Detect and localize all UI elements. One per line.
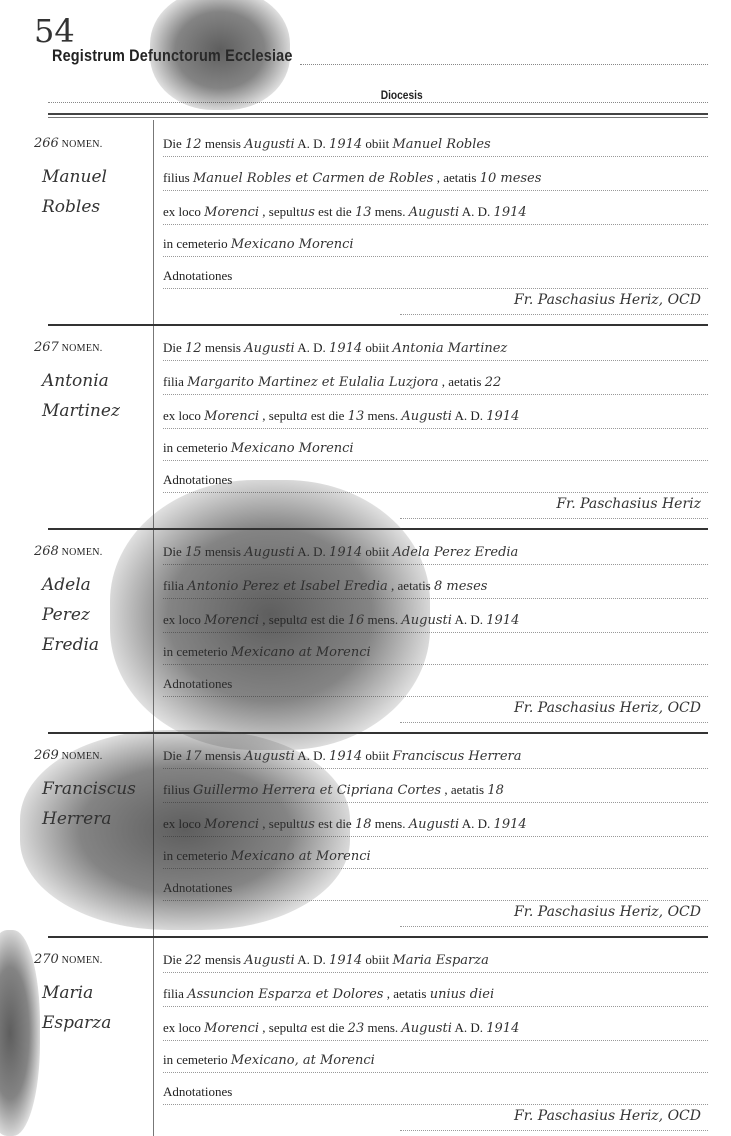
- burial-month: Augusti: [401, 1021, 452, 1036]
- page-number: 54: [34, 12, 75, 50]
- burial-line: ex loco Morenci , sepultus est die 18 me…: [163, 816, 708, 837]
- place: Morenci: [204, 817, 259, 832]
- ad-label: A. D.: [454, 1020, 483, 1035]
- death-year: 1914: [329, 749, 362, 764]
- nomen-label: NOMEN.: [62, 955, 103, 966]
- death-year: 1914: [329, 953, 362, 968]
- sepult-label: , sepult: [262, 408, 300, 423]
- margin-name-last: Perez Eredia: [42, 600, 152, 660]
- mensis-label: mensis: [205, 136, 241, 151]
- parents-line: filia Antonio Perez et Isabel Eredia , a…: [163, 578, 708, 599]
- burial-day: 13: [348, 409, 365, 424]
- obiit-label: obiit: [365, 748, 389, 763]
- margin-name: Adela Perez Eredia: [42, 570, 152, 660]
- entry-number-value: 268: [34, 544, 59, 559]
- sepult-suffix: a: [300, 1021, 308, 1036]
- register-entry: 267 NOMEN. Antonia Martinez Die 12 mensi…: [0, 326, 731, 530]
- sepult-suffix: us: [300, 205, 315, 220]
- mens-label: mens.: [375, 816, 406, 831]
- aetatis-label: , aetatis: [387, 986, 427, 1001]
- death-month: Augusti: [244, 749, 295, 764]
- sepult-suffix: a: [300, 409, 308, 424]
- entry-number: 266 NOMEN.: [34, 136, 103, 151]
- place: Morenci: [204, 205, 259, 220]
- est-die-label: est die: [318, 816, 352, 831]
- ad-label: A. D.: [462, 816, 491, 831]
- register-title: Registrum Defunctorum Ecclesiae: [52, 46, 293, 66]
- adnotationes-label: Adnotationes: [163, 676, 232, 691]
- margin-name-first: Adela: [42, 570, 152, 600]
- die-label: Die: [163, 544, 182, 559]
- mens-label: mens.: [367, 408, 398, 423]
- header-rule-thin: [48, 117, 708, 118]
- burial-month: Augusti: [409, 817, 460, 832]
- adnotationes-label: Adnotationes: [163, 1084, 232, 1099]
- parents-line: filia Assuncion Esparza et Dolores , aet…: [163, 986, 708, 1007]
- death-line: Die 15 mensis Augusti A. D. 1914 obiit A…: [163, 544, 708, 565]
- place: Morenci: [204, 1021, 259, 1036]
- deceased-name: Adela Perez Eredia: [392, 545, 518, 560]
- margin-name-first: Maria: [42, 978, 152, 1008]
- obiit-label: obiit: [365, 340, 389, 355]
- mensis-label: mensis: [205, 340, 241, 355]
- priest-signature: Fr. Paschasius Heriz, OCD: [514, 700, 701, 716]
- ex-loco-label: ex loco: [163, 408, 201, 423]
- annotations-line: Adnotationes: [163, 1084, 708, 1105]
- cemetery-label: in cemeterio: [163, 236, 228, 251]
- signature-rule: [400, 314, 708, 315]
- signature-rule: [400, 722, 708, 723]
- filius-label: filius: [163, 782, 190, 797]
- death-day: 22: [185, 953, 202, 968]
- entry-number-value: 270: [34, 952, 59, 967]
- aetatis-label: , aetatis: [437, 170, 477, 185]
- parents: Assuncion Esparza et Dolores: [187, 987, 383, 1002]
- entry-number: 270 NOMEN.: [34, 952, 103, 967]
- burial-year: 1914: [494, 817, 527, 832]
- filius-label: filia: [163, 986, 184, 1001]
- ex-loco-label: ex loco: [163, 1020, 201, 1035]
- burial-day: 13: [355, 205, 372, 220]
- aetatis-label: , aetatis: [442, 374, 482, 389]
- burial-year: 1914: [486, 1021, 519, 1036]
- ad-label: A. D.: [297, 340, 326, 355]
- sepult-label: , sepult: [262, 1020, 300, 1035]
- entry-number: 268 NOMEN.: [34, 544, 103, 559]
- die-label: Die: [163, 340, 182, 355]
- mens-label: mens.: [367, 1020, 398, 1035]
- register-entry: 270 NOMEN. Maria Esparza Die 22 mensis A…: [0, 938, 731, 1136]
- burial-year: 1914: [494, 205, 527, 220]
- margin-name: Antonia Martinez: [42, 366, 152, 426]
- nomen-label: NOMEN.: [62, 751, 103, 762]
- burial-line: ex loco Morenci , sepulta est die 16 men…: [163, 612, 708, 633]
- cemetery-line: in cemeterio Mexicano at Morenci: [163, 644, 708, 665]
- death-month: Augusti: [244, 545, 295, 560]
- adnotationes-label: Adnotationes: [163, 880, 232, 895]
- register-entry: 269 NOMEN. Franciscus Herrera Die 17 men…: [0, 734, 731, 938]
- sepult-label: , sepult: [262, 612, 300, 627]
- est-die-label: est die: [311, 612, 345, 627]
- cemetery-line: in cemeterio Mexicano Morenci: [163, 236, 708, 257]
- header-rule: [48, 113, 708, 115]
- burial-line: ex loco Morenci , sepulta est die 13 men…: [163, 408, 708, 429]
- burial-year: 1914: [486, 613, 519, 628]
- margin-name: Maria Esparza: [42, 978, 152, 1038]
- death-month: Augusti: [244, 137, 295, 152]
- est-die-label: est die: [311, 1020, 345, 1035]
- priest-signature: Fr. Paschasius Heriz, OCD: [514, 1108, 701, 1124]
- mensis-label: mensis: [205, 748, 241, 763]
- filius-label: filia: [163, 374, 184, 389]
- nomen-label: NOMEN.: [62, 343, 103, 354]
- ad-label: A. D.: [462, 204, 491, 219]
- death-day: 17: [185, 749, 202, 764]
- entry-number-value: 267: [34, 340, 59, 355]
- cemetery: Mexicano Morenci: [231, 237, 354, 252]
- cemetery-label: in cemeterio: [163, 848, 228, 863]
- mens-label: mens.: [375, 204, 406, 219]
- margin-name-last: Herrera: [42, 804, 152, 834]
- burial-month: Augusti: [401, 613, 452, 628]
- cemetery: Mexicano Morenci: [231, 441, 354, 456]
- deceased-name: Antonia Martinez: [392, 341, 507, 356]
- register-entry: 266 NOMEN. Manuel Robles Die 12 mensis A…: [0, 122, 731, 326]
- entry-number: 269 NOMEN.: [34, 748, 103, 763]
- parents: Guillermo Herrera et Cipriana Cortes: [193, 783, 441, 798]
- margin-name-first: Antonia: [42, 366, 152, 396]
- deceased-name: Manuel Robles: [392, 137, 490, 152]
- est-die-label: est die: [318, 204, 352, 219]
- annotations-line: Adnotationes: [163, 880, 708, 901]
- entry-number: 267 NOMEN.: [34, 340, 103, 355]
- place: Morenci: [204, 613, 259, 628]
- signature-rule: [400, 1130, 708, 1131]
- title-rule: [300, 64, 708, 65]
- mensis-label: mensis: [205, 952, 241, 967]
- diocese-rule: [48, 102, 708, 103]
- burial-day: 18: [355, 817, 372, 832]
- margin-name-first: Manuel: [42, 162, 152, 192]
- age: 22: [485, 375, 502, 390]
- death-line: Die 12 mensis Augusti A. D. 1914 obiit M…: [163, 136, 708, 157]
- ad-label: A. D.: [297, 136, 326, 151]
- sepult-suffix: a: [300, 613, 308, 628]
- adnotationes-label: Adnotationes: [163, 268, 232, 283]
- ex-loco-label: ex loco: [163, 204, 201, 219]
- cemetery: Mexicano, at Morenci: [231, 1053, 375, 1068]
- cemetery-line: in cemeterio Mexicano at Morenci: [163, 848, 708, 869]
- cemetery-line: in cemeterio Mexicano, at Morenci: [163, 1052, 708, 1073]
- cemetery-label: in cemeterio: [163, 644, 228, 659]
- cemetery-label: in cemeterio: [163, 440, 228, 455]
- priest-signature: Fr. Paschasius Heriz: [556, 496, 701, 512]
- margin-name-last: Esparza: [42, 1008, 152, 1038]
- signature-rule: [400, 926, 708, 927]
- aetatis-label: , aetatis: [391, 578, 431, 593]
- cemetery-line: in cemeterio Mexicano Morenci: [163, 440, 708, 461]
- obiit-label: obiit: [365, 544, 389, 559]
- age: 8 meses: [434, 579, 487, 594]
- death-month: Augusti: [244, 953, 295, 968]
- burial-line: ex loco Morenci , sepultus est die 13 me…: [163, 204, 708, 225]
- ad-label: A. D.: [297, 748, 326, 763]
- die-label: Die: [163, 748, 182, 763]
- mens-label: mens.: [367, 612, 398, 627]
- ad-label: A. D.: [454, 408, 483, 423]
- priest-signature: Fr. Paschasius Heriz, OCD: [514, 292, 701, 308]
- parents-line: filius Guillermo Herrera et Cipriana Cor…: [163, 782, 708, 803]
- filius-label: filia: [163, 578, 184, 593]
- burial-day: 16: [348, 613, 365, 628]
- burial-month: Augusti: [409, 205, 460, 220]
- sepult-label: , sepult: [262, 204, 300, 219]
- die-label: Die: [163, 136, 182, 151]
- death-day: 12: [185, 137, 202, 152]
- annotations-line: Adnotationes: [163, 676, 708, 697]
- ad-label: A. D.: [297, 544, 326, 559]
- death-month: Augusti: [244, 341, 295, 356]
- burial-day: 23: [348, 1021, 365, 1036]
- annotations-line: Adnotationes: [163, 268, 708, 289]
- diocese-label: Diocesis: [379, 88, 424, 102]
- place: Morenci: [204, 409, 259, 424]
- burial-year: 1914: [486, 409, 519, 424]
- ex-loco-label: ex loco: [163, 816, 201, 831]
- annotations-line: Adnotationes: [163, 472, 708, 493]
- die-label: Die: [163, 952, 182, 967]
- margin-name: Franciscus Herrera: [42, 774, 152, 834]
- est-die-label: est die: [311, 408, 345, 423]
- death-line: Die 17 mensis Augusti A. D. 1914 obiit F…: [163, 748, 708, 769]
- entry-number-value: 266: [34, 136, 59, 151]
- death-year: 1914: [329, 545, 362, 560]
- cemetery-label: in cemeterio: [163, 1052, 228, 1067]
- margin-name: Manuel Robles: [42, 162, 152, 222]
- cemetery: Mexicano at Morenci: [231, 849, 371, 864]
- obiit-label: obiit: [365, 952, 389, 967]
- death-day: 15: [185, 545, 202, 560]
- priest-signature: Fr. Paschasius Heriz, OCD: [514, 904, 701, 920]
- age: 10 meses: [480, 171, 542, 186]
- death-year: 1914: [329, 137, 362, 152]
- ad-label: A. D.: [297, 952, 326, 967]
- ad-label: A. D.: [454, 612, 483, 627]
- parents: Manuel Robles et Carmen de Robles: [193, 171, 433, 186]
- sepult-suffix: us: [300, 817, 315, 832]
- deceased-name: Maria Esparza: [392, 953, 488, 968]
- parents: Antonio Perez et Isabel Eredia: [187, 579, 388, 594]
- parents-line: filius Manuel Robles et Carmen de Robles…: [163, 170, 708, 191]
- burial-line: ex loco Morenci , sepulta est die 23 men…: [163, 1020, 708, 1041]
- register-entry: 268 NOMEN. Adela Perez Eredia Die 15 men…: [0, 530, 731, 734]
- obiit-label: obiit: [365, 136, 389, 151]
- signature-rule: [400, 518, 708, 519]
- death-line: Die 22 mensis Augusti A. D. 1914 obiit M…: [163, 952, 708, 973]
- parents: Margarito Martinez et Eulalia Luzjora: [187, 375, 438, 390]
- death-year: 1914: [329, 341, 362, 356]
- death-line: Die 12 mensis Augusti A. D. 1914 obiit A…: [163, 340, 708, 361]
- aetatis-label: , aetatis: [444, 782, 484, 797]
- deceased-name: Franciscus Herrera: [392, 749, 521, 764]
- ex-loco-label: ex loco: [163, 612, 201, 627]
- margin-name-first: Franciscus: [42, 774, 152, 804]
- margin-name-last: Martinez: [42, 396, 152, 426]
- death-day: 12: [185, 341, 202, 356]
- nomen-label: NOMEN.: [62, 139, 103, 150]
- margin-name-last: Robles: [42, 192, 152, 222]
- entry-number-value: 269: [34, 748, 59, 763]
- cemetery: Mexicano at Morenci: [231, 645, 371, 660]
- nomen-label: NOMEN.: [62, 547, 103, 558]
- filius-label: filius: [163, 170, 190, 185]
- parents-line: filia Margarito Martinez et Eulalia Luzj…: [163, 374, 708, 395]
- adnotationes-label: Adnotationes: [163, 472, 232, 487]
- burial-month: Augusti: [401, 409, 452, 424]
- sepult-label: , sepult: [262, 816, 300, 831]
- mensis-label: mensis: [205, 544, 241, 559]
- age: 18: [487, 783, 504, 798]
- age: unius diei: [430, 987, 494, 1002]
